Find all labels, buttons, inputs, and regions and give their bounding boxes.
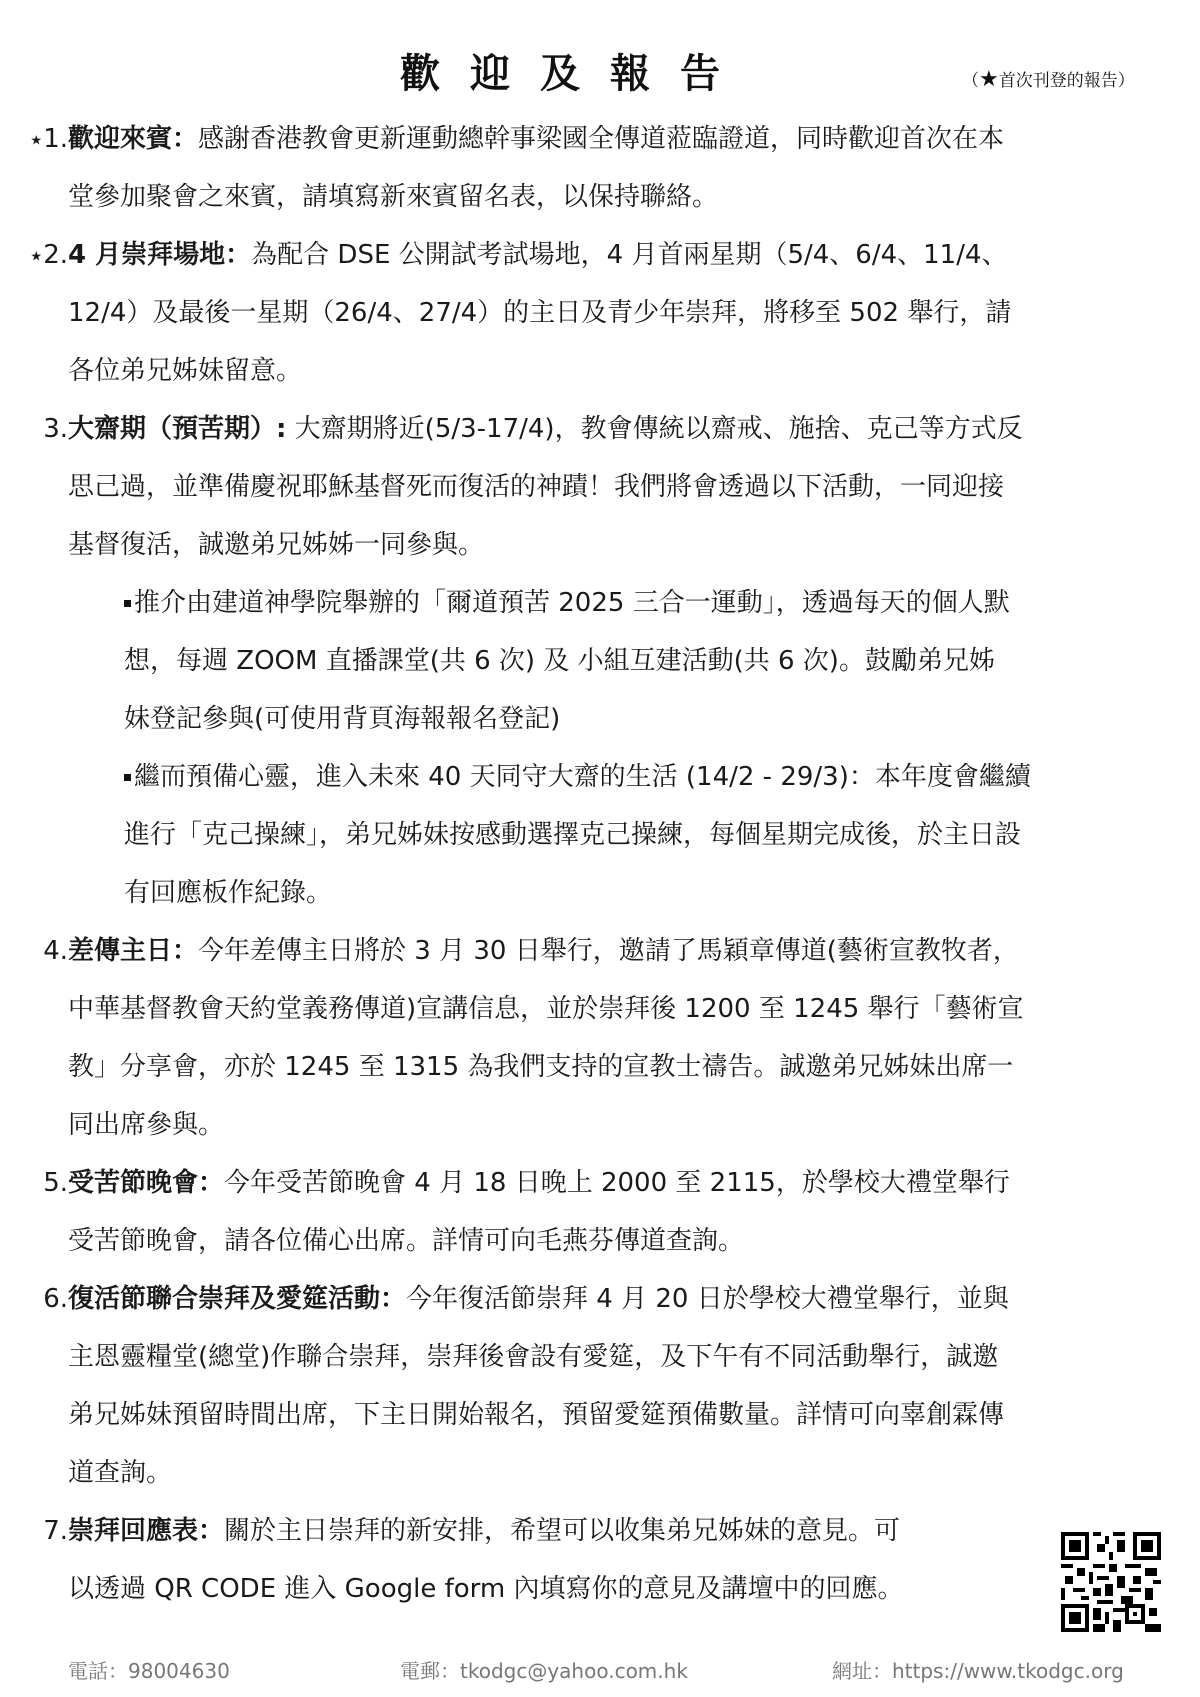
footer-website[interactable]: 網址：https://www.tkodgc.org: [832, 1655, 1124, 1684]
bullet-icon: [124, 600, 131, 607]
item-marker: 6.: [22, 1270, 68, 1328]
announcement-item-7: 7. 崇拜回應表：關於主日崇拜的新安排，希望可以收集弟兄姊妹的意見。可 以透過 …: [0, 1502, 1200, 1618]
item-marker: ⋆1.: [22, 110, 68, 170]
item-text: 今年受苦節晚會 4 月 18 日晚上 2000 至 2115，於學校大禮堂舉行: [224, 1168, 1010, 1198]
announcement-item-3: 3. 大齋期（預苦期）: 大齋期將近(5/3-17/4)，教會傳統以齋戒、施捨、…: [0, 400, 1200, 574]
item-heading: 歡迎來賓：: [68, 124, 198, 154]
announcement-list: ⋆1. 歡迎來賓：感謝香港教會更新運動總幹事梁國全傳道蒞臨證道，同時歡迎首次在本…: [0, 110, 1200, 1618]
item-text: 受苦節晚會，請各位備心出席。詳情可向毛燕芬傳道查詢。: [68, 1212, 1160, 1270]
announcement-item-2: ⋆2. 4 月崇拜場地：為配合 DSE 公開試考試場地，4 月首兩星期（5/4、…: [0, 226, 1200, 400]
item-heading: 大齋期（預苦期）:: [68, 414, 286, 444]
item-text: 弟兄姊妹預留時間出席，下主日開始報名，預留愛筵預備數量。詳情可向辜創霖傳: [68, 1386, 1160, 1444]
item-marker: 5.: [22, 1154, 68, 1212]
item-text: 堂參加聚會之來賓，請填寫新來賓留名表，以保持聯絡。: [68, 168, 1160, 226]
announcement-item-6: 6. 復活節聯合崇拜及愛筵活動：今年復活節崇拜 4 月 20 日於學校大禮堂舉行…: [0, 1270, 1200, 1502]
footer-phone: 電話：98004630: [68, 1655, 230, 1684]
item-text: 主恩靈糧堂(總堂)作聯合崇拜，崇拜後會設有愛筵，及下午有不同活動舉行，誠邀: [68, 1328, 1160, 1386]
bullet-icon: [124, 774, 131, 781]
star-icon: ⋆: [29, 128, 43, 153]
item-text: 以透過 QR CODE 進入 Google form 內填寫你的意見及講壇中的回…: [68, 1560, 1160, 1618]
item-text: 為配合 DSE 公開試考試場地，4 月首兩星期（5/4、6/4、11/4、: [251, 240, 1007, 270]
item-text: 基督復活，誠邀弟兄姊姊一同參與。: [68, 516, 1160, 574]
item-heading: 崇拜回應表：: [68, 1516, 224, 1546]
sub-bullet-1: 推介由建道神學院舉辦的「爾道預苦 2025 三合一運動」，透過每天的個人默 想，…: [0, 574, 1200, 748]
item-text: 思己過，並準備慶祝耶穌基督死而復活的神蹟！我們將會透過以下活動，一同迎接: [68, 458, 1160, 516]
item-heading: 受苦節晚會：: [68, 1168, 224, 1198]
announcement-item-4: 4. 差傳主日：今年差傳主日將於 3 月 30 日舉行，邀請了馬穎章傳道(藝術宣…: [0, 922, 1200, 1154]
item-text: 大齋期將近(5/3-17/4)，教會傳統以齋戒、施捨、克己等方式反: [286, 414, 1022, 444]
item-text: 關於主日崇拜的新安排，希望可以收集弟兄姊妹的意見。可: [224, 1516, 900, 1546]
item-heading: 4 月崇拜場地：: [68, 240, 251, 270]
item-text: 中華基督教會天約堂義務傳道)宣講信息，並於崇拜後 1200 至 1245 舉行「…: [68, 980, 1160, 1038]
item-text: 12/4）及最後一星期（26/4、27/4）的主日及青少年崇拜，將移至 502 …: [68, 284, 1160, 342]
star-icon: ⋆: [29, 244, 43, 269]
footer-email[interactable]: 電郵：tkodgc@yahoo.com.hk: [400, 1655, 688, 1684]
item-text: 各位弟兄姊妹留意。: [68, 342, 1160, 400]
item-marker: 4.: [22, 922, 68, 980]
item-heading: 復活節聯合崇拜及愛筵活動：: [68, 1284, 406, 1314]
item-heading: 差傳主日：: [68, 936, 198, 966]
sub-bullet-2: 繼而預備心靈，進入未來 40 天同守大齋的生活 (14/2 - 29/3)：本年…: [0, 748, 1200, 922]
item-marker: 3.: [22, 400, 68, 458]
item-marker: 7.: [22, 1502, 68, 1560]
item-text: 道查詢。: [68, 1444, 1160, 1502]
page-title: 歡迎及報告: [400, 42, 750, 99]
announcement-item-5: 5. 受苦節晚會：今年受苦節晚會 4 月 18 日晚上 2000 至 2115，…: [0, 1154, 1200, 1270]
item-text: 今年差傳主日將於 3 月 30 日舉行，邀請了馬穎章傳道(藝術宣教牧者，: [198, 936, 1019, 966]
item-marker: ⋆2.: [22, 226, 68, 286]
header: 歡迎及報告 （★首次刊登的報告）: [0, 42, 1200, 102]
item-text: 同出席參與。: [68, 1096, 1160, 1154]
item-text: 今年復活節崇拜 4 月 20 日於學校大禮堂舉行，並與: [406, 1284, 1009, 1314]
star-icon: ★: [979, 67, 999, 92]
new-notice-legend: （★首次刊登的報告）: [962, 66, 1135, 92]
announcement-item-1: ⋆1. 歡迎來賓：感謝香港教會更新運動總幹事梁國全傳道蒞臨證道，同時歡迎首次在本…: [0, 110, 1200, 226]
qr-code-icon[interactable]: [1058, 1532, 1164, 1632]
item-text: 教」分享會，亦於 1245 至 1315 為我們支持的宣教士禱告。誠邀弟兄姊妹出…: [68, 1038, 1160, 1096]
item-text: 感謝香港教會更新運動總幹事梁國全傳道蒞臨證道，同時歡迎首次在本: [198, 124, 1004, 154]
